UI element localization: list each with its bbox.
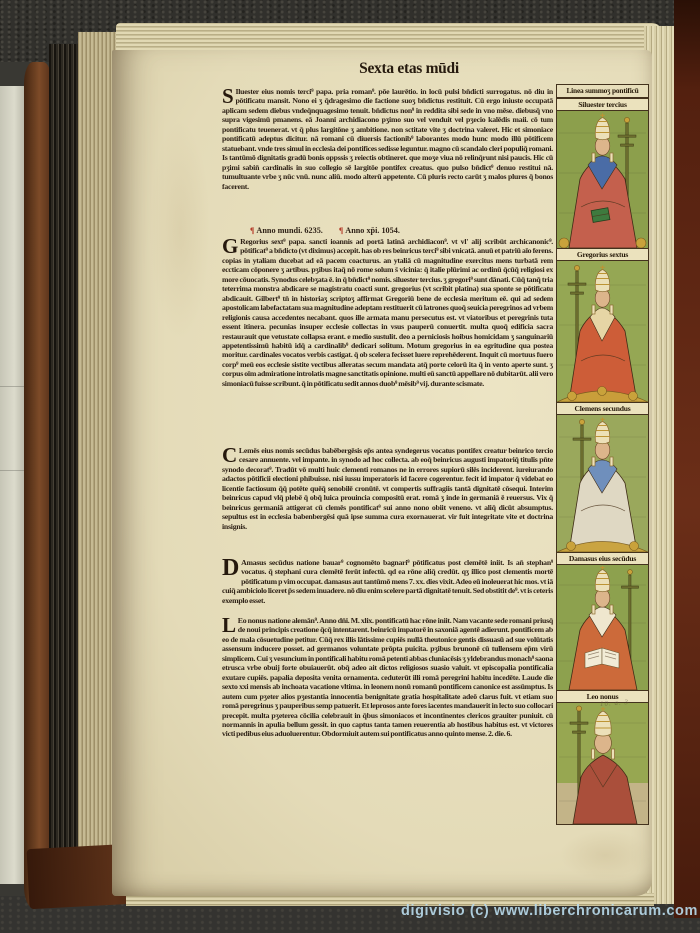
page-title: Sexta etas mūdi <box>244 60 574 78</box>
lineage-title: Linea summoʒ pontificū <box>557 85 648 98</box>
pope-woodcut-leo-icon <box>557 703 648 824</box>
paragraph-text: Iluester eius nomis terci⁹ papa. pria ro… <box>222 87 553 191</box>
paragraph-text: Eo nonus natione alemān⁹. Anno dn̄i. M. … <box>222 616 553 738</box>
paragraph-silvester: SIluester eius nomis terci⁹ papa. pria r… <box>222 87 553 226</box>
pope-woodcut-damasus-icon <box>557 565 648 690</box>
paragraph-gregorius: GRegorius sext⁹ papa. sancti ioannis ad … <box>222 237 553 446</box>
watermark-text: digivisio (c) www.liberchronicarum.com <box>366 903 698 919</box>
wall-strip <box>0 86 26 884</box>
page-stack-shadow <box>49 44 80 906</box>
paragraph-text: Amasus secūdus natione bauar⁹ cognomēto … <box>222 558 553 605</box>
rubric-mark-icon: ¶ <box>339 226 343 235</box>
anno-line: ¶Anno mundi. 6235. ¶Anno xp̄i. 1054. <box>222 226 553 237</box>
pope-woodcut-clemens-icon <box>557 415 648 552</box>
wall-seam <box>0 386 26 387</box>
pope-woodcut-gregorius-icon <box>557 261 648 402</box>
anno-mundi: ¶Anno mundi. 6235. <box>250 226 323 237</box>
text-column: SIluester eius nomis terci⁹ papa. pria r… <box>222 87 553 804</box>
caption-clemens: Clemens secundus <box>557 402 648 415</box>
drop-cap: L <box>222 616 238 634</box>
drop-cap: C <box>222 446 239 464</box>
paragraph-clemens: CLemēs eius nomis secūdus babēbergēsis e… <box>222 446 553 558</box>
paragraph-leo: LEo nonus natione alemān⁹. Anno dn̄i. M.… <box>222 616 553 804</box>
caption-gregorius: Gregorius sextus <box>557 248 648 261</box>
book-cover-right <box>674 0 700 918</box>
pope-lineage-column: Linea summoʒ pontificū Siluester tercius <box>556 84 649 825</box>
woodcut-panel <box>557 565 648 690</box>
caption-silvester: Siluester tercius <box>557 98 648 111</box>
anno-mundi-text: Anno mundi. 6235. <box>256 226 322 235</box>
paragraph-text: Regorius sext⁹ papa. sancti ioannis ad p… <box>222 237 553 388</box>
anno-christi: ¶Anno xp̄i. 1054. <box>339 226 400 237</box>
drop-cap: S <box>222 87 235 105</box>
wall-seam <box>0 470 26 471</box>
drop-cap: D <box>222 558 241 578</box>
woodcut-panel <box>557 261 648 402</box>
rubric-mark-icon: ¶ <box>250 226 254 235</box>
book-spine-edge <box>24 62 52 908</box>
drop-cap: G <box>222 237 240 255</box>
pope-woodcut-silvester-icon <box>557 111 648 248</box>
anno-christi-text: Anno xp̄i. 1054. <box>345 226 400 235</box>
woodcut-panel <box>557 415 648 552</box>
caption-damasus: Damasus eius secūdus <box>557 552 648 565</box>
paragraph-text: Lemēs eius nomis secūdus babēbergēsis ep… <box>222 446 553 531</box>
paragraph-damasus: DAmasus secūdus natione bauar⁹ cognomēto… <box>222 558 553 616</box>
photo-scene: Sexta etas mūdi SIluester eius nomis ter… <box>0 0 700 933</box>
woodcut-panel <box>557 111 648 248</box>
woodcut-panel <box>557 703 648 824</box>
